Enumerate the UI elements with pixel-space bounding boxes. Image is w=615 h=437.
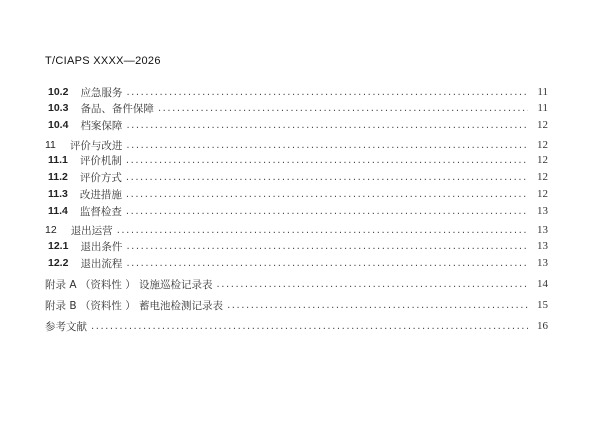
dot-leader: ........................................… <box>126 189 528 200</box>
dot-leader: ........................................… <box>126 140 528 151</box>
appendix-title: 附录 B （资料性 ） 蓄电池检测记录表 <box>45 298 223 313</box>
page-number: 11 <box>532 102 548 114</box>
page-number: 12 <box>532 188 548 200</box>
page-number: 14 <box>532 278 548 290</box>
section-number: 11.1 <box>48 154 68 166</box>
section-number: 12.1 <box>48 240 68 252</box>
dot-leader: ........................................… <box>158 103 528 114</box>
dot-leader: ........................................… <box>126 155 528 166</box>
page-number: 15 <box>532 299 548 311</box>
section-title: 退出流程 <box>80 256 122 271</box>
appendix-title: 附录 A （资料性 ） 设施巡检记录表 <box>45 277 213 292</box>
page-number: 13 <box>532 205 548 217</box>
page-number: 12 <box>532 139 548 151</box>
references-title: 参考文献 <box>45 319 87 334</box>
section-number: 11.2 <box>48 171 68 183</box>
page-number: 13 <box>532 257 548 269</box>
page-number: 13 <box>532 224 548 236</box>
section-number: 11.4 <box>48 205 68 217</box>
dot-leader: ........................................… <box>217 279 528 290</box>
section-title: 备品、备件保障 <box>80 101 154 116</box>
section-title: 评价与改进 <box>70 138 123 153</box>
section-number: 11.3 <box>48 188 68 200</box>
section-title: 评价方式 <box>80 170 122 185</box>
dot-leader: ........................................… <box>91 321 528 332</box>
page-number: 12 <box>532 154 548 166</box>
page-number: 11 <box>532 86 548 98</box>
dot-leader: ........................................… <box>126 241 528 252</box>
section-title: 档案保障 <box>80 118 122 133</box>
section-title: 改进措施 <box>80 187 122 202</box>
page-number: 12 <box>532 171 548 183</box>
page-number: 13 <box>532 240 548 252</box>
page-number: 12 <box>532 119 548 131</box>
section-number: 12 <box>45 224 57 236</box>
standard-number-header: T/CIAPS XXXX—2026 <box>45 55 161 67</box>
page-number: 16 <box>532 320 548 332</box>
dot-leader: ........................................… <box>126 258 528 269</box>
dot-leader: ........................................… <box>126 120 528 131</box>
section-title: 监督检查 <box>80 204 122 219</box>
section-number: 11 <box>45 139 56 151</box>
section-number: 10.4 <box>48 119 68 131</box>
dot-leader: ........................................… <box>126 172 528 183</box>
section-number: 12.2 <box>48 257 68 269</box>
section-title: 应急服务 <box>80 85 122 100</box>
section-title: 退出运营 <box>71 223 113 238</box>
section-title: 退出条件 <box>80 239 122 254</box>
dot-leader: ........................................… <box>227 300 528 311</box>
dot-leader: ........................................… <box>126 206 528 217</box>
section-number: 10.2 <box>48 86 68 98</box>
dot-leader: ........................................… <box>117 225 528 236</box>
dot-leader: ........................................… <box>126 87 528 98</box>
section-number: 10.3 <box>48 102 68 114</box>
section-title: 评价机制 <box>80 153 122 168</box>
